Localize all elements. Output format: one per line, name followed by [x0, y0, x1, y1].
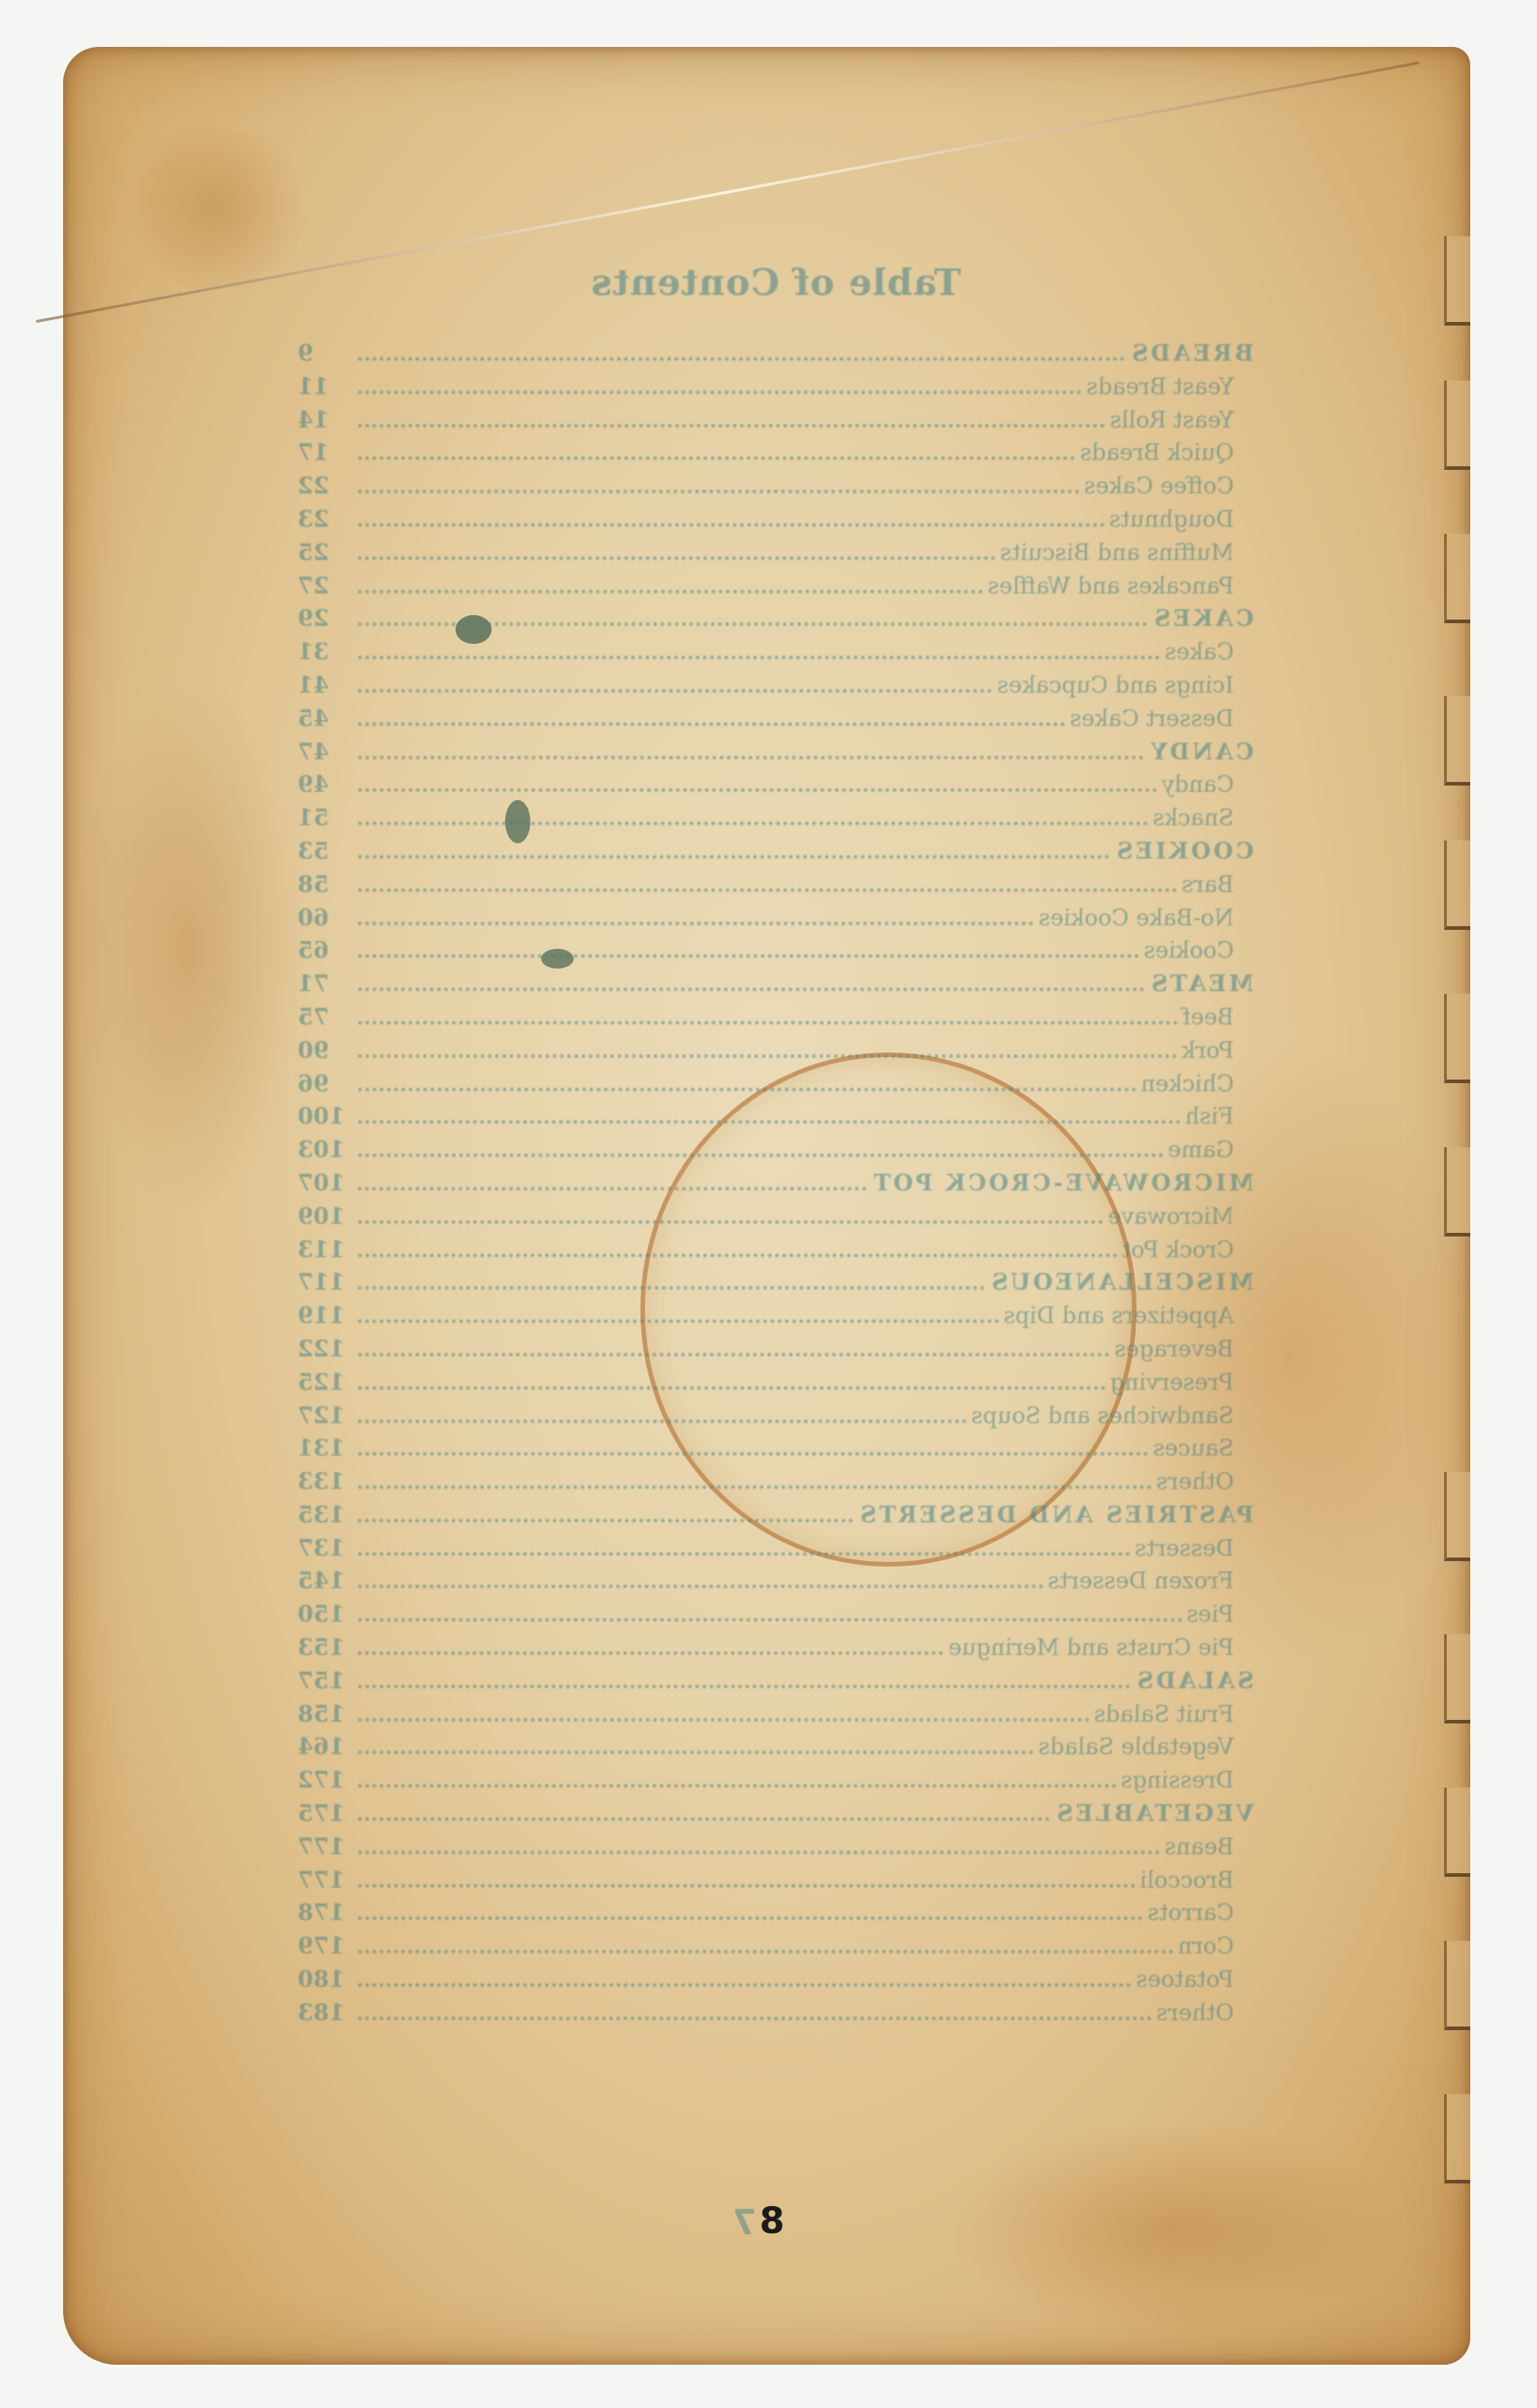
dot-leader — [357, 590, 982, 593]
toc-entry: Pancakes and Waffles27 — [298, 573, 1254, 606]
toc-entry-page: 145 — [298, 1567, 352, 1594]
toc-section-heading: COOKIES53 — [298, 838, 1254, 871]
toc-section-heading: PASTRIES AND DESSERTS135 — [298, 1502, 1254, 1535]
dot-leader — [357, 1120, 1180, 1124]
toc-entry: Icings and Cupcakes41 — [298, 672, 1254, 705]
dot-leader — [357, 788, 1156, 792]
toc-section-heading: MICROWAVE-CROCK POT107 — [298, 1170, 1254, 1203]
dot-leader — [357, 1585, 1043, 1588]
toc-entry-page: 177 — [298, 1867, 352, 1893]
toc-entry-label: Game — [1163, 1136, 1254, 1163]
water-stain-bottom — [947, 2121, 1398, 2338]
toc-entry: Candy49 — [298, 771, 1254, 804]
toc-entry-label: Cakes — [1159, 639, 1254, 665]
torn-edge-tab — [1444, 696, 1470, 786]
torn-edge-tab — [1444, 841, 1470, 930]
toc-entry: Coffee Cakes22 — [298, 473, 1254, 506]
toc-title: Table of Contents — [298, 262, 1254, 304]
toc-entry-page: 31 — [298, 639, 352, 665]
toc-entry-page: 47 — [298, 739, 352, 765]
toc-entry: Cookies65 — [298, 937, 1254, 970]
toc-entry-page: 51 — [298, 804, 352, 831]
toc-entry: Others133 — [298, 1468, 1254, 1502]
toc-entry: Game103 — [298, 1136, 1254, 1170]
toc-entry: Appetizers and Dips119 — [298, 1302, 1254, 1336]
toc-entry: Bars58 — [298, 871, 1254, 905]
toc-entry: Quick Breads17 — [298, 439, 1254, 473]
toc-entry: Pork90 — [298, 1037, 1254, 1071]
dot-leader — [357, 1187, 866, 1190]
page-number: 8 — [759, 2201, 785, 2242]
toc-entry: Beef75 — [298, 1004, 1254, 1037]
dot-leader — [357, 1519, 852, 1522]
torn-edge-tab — [1444, 534, 1470, 623]
dot-leader — [357, 1916, 1142, 1920]
toc-entry-label: CANDY — [1143, 739, 1254, 765]
toc-entry-page: 23 — [298, 506, 352, 532]
dot-leader — [357, 822, 1147, 825]
toc-entry-page: 178 — [298, 1899, 352, 1925]
toc-section-heading: BREADS9 — [298, 340, 1254, 373]
toc-entry-page: 157 — [298, 1668, 352, 1694]
page-number-bleed: 7 — [732, 2202, 756, 2242]
toc-entry-label: Chicken — [1136, 1071, 1254, 1097]
torn-edge-tab — [1444, 381, 1470, 470]
toc-entry-page: 65 — [298, 937, 352, 963]
toc-entry-label: Dressings — [1116, 1767, 1254, 1793]
toc-entry-label: Crock Pot — [1117, 1236, 1254, 1263]
toc-entry-page: 172 — [298, 1767, 352, 1793]
dot-leader — [357, 1254, 1117, 1257]
toc-entry-label: MICROWAVE-CROCK POT — [866, 1170, 1254, 1196]
toc-entry-page: 22 — [298, 473, 352, 499]
toc-entry-label: Beef — [1177, 1004, 1254, 1030]
toc-entry-label: Corn — [1173, 1933, 1254, 1959]
dot-leader — [357, 1054, 1176, 1058]
dot-leader — [357, 1452, 1147, 1456]
toc-section-heading: MEATS71 — [298, 970, 1254, 1004]
toc-entry-page: 45 — [298, 705, 352, 731]
toc-entry-label: Bars — [1176, 871, 1254, 897]
toc-entry-label: Beverages — [1109, 1336, 1254, 1362]
toc-entry-label: SALADS — [1129, 1668, 1254, 1694]
dot-leader — [357, 1353, 1109, 1356]
toc-entry-label: Others — [1151, 1999, 1254, 2026]
toc-entry-page: 122 — [298, 1336, 352, 1362]
toc-entry-page: 49 — [298, 771, 352, 797]
toc-entry-label: Appetizers and Dips — [999, 1302, 1254, 1328]
torn-edge-tab — [1444, 1634, 1470, 1723]
toc-entry-label: Carrots — [1142, 1899, 1254, 1925]
toc-entry: Beans177 — [298, 1834, 1254, 1867]
toc-entry-label: Others — [1151, 1468, 1254, 1494]
toc-entry-page: 100 — [298, 1103, 352, 1129]
toc-entry-label: BREADS — [1124, 340, 1254, 366]
dot-leader — [357, 456, 1074, 460]
toc-entry-label: Fish — [1180, 1103, 1254, 1129]
dot-leader — [357, 1950, 1173, 1953]
toc-entry-page: 137 — [298, 1535, 352, 1561]
toc-entry-label: Fruit Salads — [1089, 1701, 1254, 1727]
toc-entry-page: 175 — [298, 1800, 352, 1826]
toc-entry: Carrots178 — [298, 1899, 1254, 1933]
toc-entry-page: 135 — [298, 1502, 352, 1528]
toc-entry-label: MEATS — [1144, 970, 1254, 997]
dot-leader — [357, 391, 1081, 394]
toc-entry-label: CAKES — [1146, 605, 1254, 631]
dot-leader — [357, 756, 1143, 759]
toc-entry-page: 107 — [298, 1170, 352, 1196]
toc-entry: Vegetable Salads164 — [298, 1733, 1254, 1767]
toc-entry: Beverages122 — [298, 1336, 1254, 1369]
toc-section-heading: CAKES29 — [298, 605, 1254, 639]
toc-entry-page: 117 — [298, 1269, 352, 1295]
toc-entry: Frozen Desserts145 — [298, 1567, 1254, 1601]
toc-entry-page: 183 — [298, 1999, 352, 2026]
toc-entry: Fish100 — [298, 1103, 1254, 1136]
dot-leader — [357, 1983, 1130, 1987]
toc-entry-page: 25 — [298, 539, 352, 565]
toc-entry-label: Sauces — [1147, 1435, 1254, 1461]
dot-leader — [357, 922, 1033, 925]
torn-edge-tab — [1444, 994, 1470, 1083]
dot-leader — [357, 1153, 1163, 1157]
toc-entry-label: Doughnuts — [1104, 506, 1254, 532]
dot-leader — [357, 689, 991, 693]
dot-leader — [357, 1784, 1116, 1788]
torn-edge-tab — [1444, 1788, 1470, 1877]
toc-entry-page: 17 — [298, 439, 352, 465]
toc-entry-label: Frozen Desserts — [1043, 1567, 1254, 1594]
toc-entry-page: 164 — [298, 1733, 352, 1760]
toc-entry-page: 75 — [298, 1004, 352, 1030]
toc-entry: Dessert Cakes45 — [298, 705, 1254, 739]
toc-entry-page: 158 — [298, 1701, 352, 1727]
toc-entry-page: 109 — [298, 1203, 352, 1229]
dot-leader — [357, 1651, 943, 1655]
mirrored-table-of-contents: Table of Contents BREADS9Yeast Breads11Y… — [298, 262, 1254, 2033]
dot-leader — [357, 490, 1079, 493]
dot-leader — [357, 1884, 1135, 1888]
torn-edge-tab — [1444, 1147, 1470, 1236]
toc-entry-label: Cookies — [1138, 937, 1254, 963]
dot-leader — [357, 1751, 1033, 1754]
dot-leader — [357, 1386, 1105, 1390]
toc-entry-label: Yeast Rolls — [1104, 407, 1254, 433]
toc-entry-page: 58 — [298, 871, 352, 897]
dot-leader — [357, 1685, 1129, 1688]
torn-edge-tab — [1444, 1941, 1470, 2030]
toc-entry-label: Candy — [1156, 771, 1254, 797]
toc-entry-page: 180 — [298, 1966, 352, 1992]
dot-leader — [357, 855, 1109, 859]
toc-entry-page: 27 — [298, 573, 352, 599]
toc-entry-label: Microwave — [1102, 1203, 1254, 1229]
toc-entry-label: No-Bake Cookies — [1033, 905, 1254, 931]
dot-leader — [357, 1021, 1177, 1025]
dot-leader — [357, 1220, 1102, 1224]
toc-entry-page: 127 — [298, 1402, 352, 1429]
toc-entry: Doughnuts23 — [298, 506, 1254, 539]
toc-section-heading: VEGETABLES175 — [298, 1800, 1254, 1834]
toc-entry: Yeast Rolls14 — [298, 407, 1254, 440]
toc-entry-page: 60 — [298, 905, 352, 931]
dot-leader — [357, 556, 995, 560]
toc-entry: Broccoli177 — [298, 1867, 1254, 1900]
toc-entry-label: Dessert Cakes — [1064, 705, 1254, 731]
toc-entry: Fruit Salads158 — [298, 1701, 1254, 1734]
toc-entry-page: 41 — [298, 672, 352, 698]
toc-entry-page: 177 — [298, 1834, 352, 1860]
toc-entry-page: 103 — [298, 1136, 352, 1163]
dot-leader — [357, 2017, 1151, 2020]
toc-entry: Microwave109 — [298, 1203, 1254, 1236]
toc-entry-page: 90 — [298, 1037, 352, 1063]
dot-leader — [357, 424, 1104, 427]
toc-entry-label: Pork — [1176, 1037, 1254, 1063]
toc-entry-page: 150 — [298, 1601, 352, 1627]
toc-section-heading: SALADS157 — [298, 1668, 1254, 1701]
toc-entry-label: Quick Breads — [1074, 439, 1254, 465]
toc-entry-page: 153 — [298, 1634, 352, 1660]
dot-leader — [357, 722, 1064, 726]
toc-entry-label: PASTRIES AND DESSERTS — [852, 1502, 1254, 1528]
toc-entry: Others183 — [298, 1999, 1254, 2033]
toc-entry-label: Pies — [1182, 1601, 1254, 1627]
toc-entry-page: 133 — [298, 1468, 352, 1494]
toc-section-heading: MISCELLANEOUS117 — [298, 1269, 1254, 1302]
torn-edge-tab — [1444, 236, 1470, 326]
toc-entry-page: 119 — [298, 1302, 352, 1328]
toc-entry-page: 131 — [298, 1435, 352, 1461]
dot-leader — [357, 523, 1104, 527]
toc-entry: Cakes31 — [298, 639, 1254, 672]
toc-entry-label: Preserving — [1105, 1369, 1254, 1395]
toc-entry: Muffins and Biscuits25 — [298, 539, 1254, 573]
toc-entry-label: Vegetable Salads — [1033, 1733, 1254, 1760]
dot-leader — [357, 656, 1159, 659]
dot-leader — [357, 1817, 1049, 1821]
dot-leader — [357, 1485, 1151, 1489]
toc-entry: Chicken96 — [298, 1071, 1254, 1104]
toc-entry: No-Bake Cookies60 — [298, 905, 1254, 938]
toc-entry-label: Muffins and Biscuits — [995, 539, 1254, 565]
toc-entry: Corn179 — [298, 1933, 1254, 1966]
toc-entry: Desserts137 — [298, 1535, 1254, 1568]
toc-entry-label: Coffee Cakes — [1079, 473, 1254, 499]
toc-entry-label: VEGETABLES — [1049, 1800, 1254, 1826]
dot-leader — [357, 622, 1146, 626]
toc-entry: Preserving125 — [298, 1369, 1254, 1402]
torn-edge-tab — [1444, 2094, 1470, 2183]
toc-entry-page: 113 — [298, 1236, 352, 1263]
toc-entry: Dressings172 — [298, 1767, 1254, 1800]
toc-entry-page: 96 — [298, 1071, 352, 1097]
toc-entry: Crock Pot113 — [298, 1236, 1254, 1270]
water-stain-left — [72, 678, 307, 1219]
toc-entry-label: Icings and Cupcakes — [991, 672, 1254, 698]
torn-edge-tab — [1444, 1472, 1470, 1561]
toc-entry-page: 9 — [298, 340, 352, 366]
dot-leader — [357, 1618, 1182, 1622]
toc-entry: Potatoes180 — [298, 1966, 1254, 1999]
toc-entry-page: 179 — [298, 1933, 352, 1959]
dot-leader — [357, 1286, 984, 1290]
toc-entry-page: 11 — [298, 373, 352, 400]
toc-entry: Yeast Breads11 — [298, 373, 1254, 407]
toc-entry-label: Pie Crusts and Meringue — [943, 1634, 1254, 1660]
dot-leader — [357, 954, 1138, 958]
toc-entry-page: 29 — [298, 605, 352, 631]
toc-entry: Snacks51 — [298, 804, 1254, 838]
toc-entry-page: 14 — [298, 407, 352, 433]
toc-entry-label: MISCELLANEOUS — [984, 1269, 1254, 1295]
dot-leader — [357, 1420, 966, 1423]
dot-leader — [357, 1088, 1136, 1091]
toc-entry-label: Potatoes — [1130, 1966, 1254, 1992]
toc-entry-label: Pancakes and Waffles — [982, 573, 1254, 599]
toc-entry-label: Sandwiches and Soups — [966, 1402, 1254, 1429]
dot-leader — [357, 888, 1176, 892]
water-stain-top-left — [117, 128, 316, 290]
toc-entry-page: 125 — [298, 1369, 352, 1395]
toc-entry-label: Snacks — [1147, 804, 1254, 831]
toc-entry-label: COOKIES — [1109, 838, 1254, 864]
toc-entry: Sandwiches and Soups127 — [298, 1402, 1254, 1436]
toc-list: BREADS9Yeast Breads11Yeast Rolls14Quick … — [298, 340, 1254, 2033]
dot-leader — [357, 1851, 1159, 1854]
dot-leader — [357, 1319, 999, 1323]
toc-entry-label: Beans — [1159, 1834, 1254, 1860]
toc-entry-page: 71 — [298, 970, 352, 997]
toc-entry-page: 53 — [298, 838, 352, 864]
toc-entry-label: Broccoli — [1135, 1867, 1254, 1893]
toc-entry: Pies150 — [298, 1601, 1254, 1634]
dot-leader — [357, 988, 1144, 991]
toc-section-heading: CANDY47 — [298, 739, 1254, 772]
dot-leader — [357, 1552, 1129, 1556]
toc-entry-label: Yeast Breads — [1081, 373, 1254, 400]
dot-leader — [357, 1718, 1089, 1722]
toc-entry: Pie Crusts and Meringue153 — [298, 1634, 1254, 1668]
dot-leader — [357, 357, 1124, 361]
toc-entry-label: Desserts — [1129, 1535, 1254, 1561]
toc-entry: Sauces131 — [298, 1435, 1254, 1468]
